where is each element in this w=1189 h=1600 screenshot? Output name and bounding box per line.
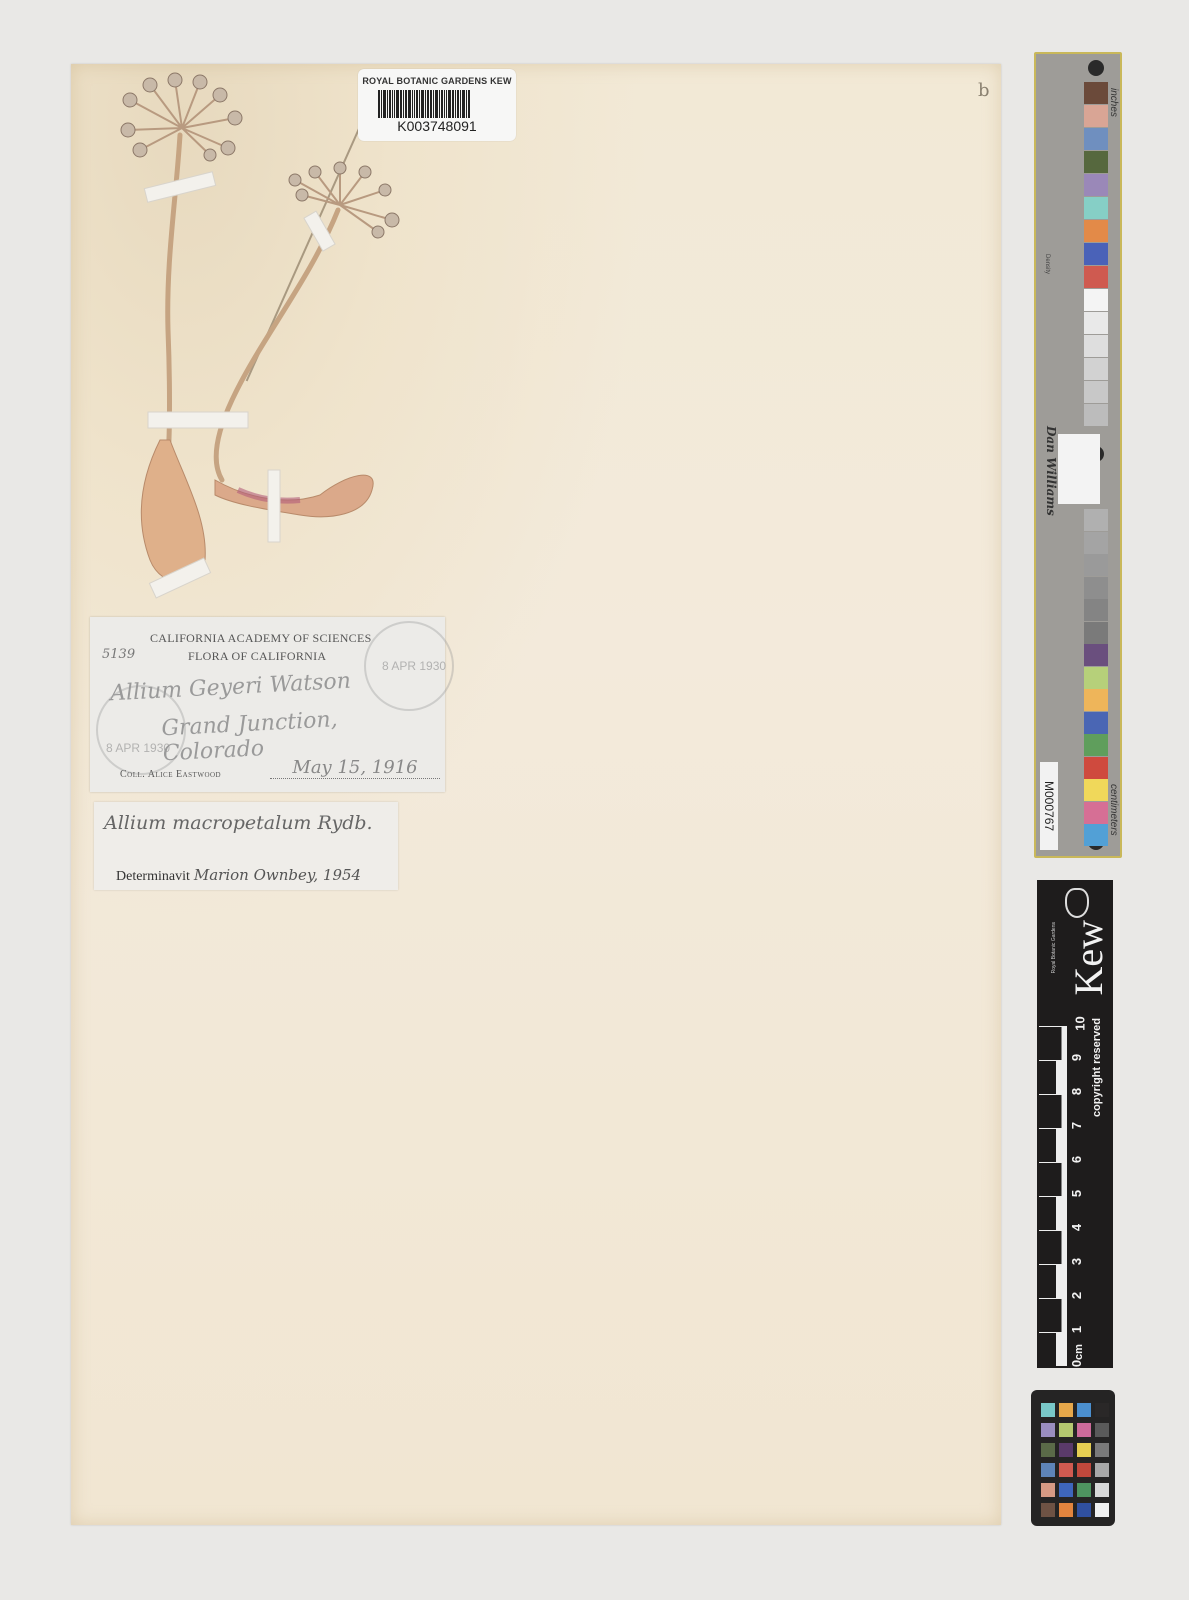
kew-subbrand: Royal Botanic Gardens [1051,922,1057,973]
color-card-swatch [1077,1503,1091,1517]
ruler-swatch [1084,824,1108,846]
ruler-swatch [1084,289,1108,311]
color-card-swatch [1059,1503,1073,1517]
color-card-swatch [1041,1503,1055,1517]
ruler-swatch [1084,174,1108,196]
color-card-swatch [1041,1463,1055,1477]
scale-segment [1039,1026,1067,1060]
ruler-swatch [1084,266,1108,288]
collection-number: 5139 [102,647,135,662]
ruler-swatch [1084,404,1108,426]
ruler-swatch [1084,220,1108,242]
barcode-number: K003748091 [358,118,516,134]
collector-name: Coll. Alice Eastwood [120,769,221,780]
color-card-swatch [1095,1443,1109,1457]
ruler-swatch [1084,335,1108,357]
barcode-label: ROYAL BOTANIC GARDENS KEW K003748091 [358,69,516,141]
scale-segment [1039,1332,1067,1366]
date-stamp-right: 8 APR 1930 [364,621,454,711]
ruler-swatch [1084,577,1108,599]
color-card-swatch [1077,1423,1091,1437]
color-card-swatch [1095,1503,1109,1517]
scale-number: 2 [1069,1292,1084,1299]
centimeters-label: centimeters [1108,784,1119,836]
color-card-swatch [1041,1423,1055,1437]
ruler-code: M000767 [1040,762,1058,850]
color-card-swatch [1041,1483,1055,1497]
color-card-swatch [1077,1483,1091,1497]
scale-number: 8 [1069,1088,1084,1095]
kew-crest-icon [1065,888,1089,918]
scale-segment [1039,1196,1067,1230]
ruler-swatch [1084,381,1108,403]
ruler-swatch [1084,734,1108,756]
collection-label: 8 APR 1930 8 APR 1930 CALIFORNIA ACADEMY… [90,617,445,792]
scale-segment [1039,1264,1067,1298]
scale-number: 9 [1069,1054,1084,1061]
ruler-swatch [1084,105,1108,127]
barcode-bars [378,90,496,118]
color-card-swatch [1059,1443,1073,1457]
determination-label: Allium macropetalum Rydb. DeterminavitMa… [94,802,398,890]
scale-number: 6 [1069,1156,1084,1163]
ruler-swatch [1084,532,1108,554]
label-header-flora: FLORA OF CALIFORNIA [188,649,326,664]
ruler-swatch [1084,689,1108,711]
color-card-swatch [1095,1463,1109,1477]
centimeter-scale [1039,1026,1067,1366]
ruler-hole-top [1088,60,1104,76]
color-card-swatch [1059,1483,1073,1497]
scale-segment [1039,1128,1067,1162]
scale-number: 5 [1069,1190,1084,1197]
color-card-swatch [1041,1403,1055,1417]
color-density-ruler: inches centimeters Density Dan Williams … [1034,52,1122,858]
color-card-swatch [1059,1463,1073,1477]
determiner-name: Marion Ownbey, 1954 [194,866,361,884]
ruler-brand: Dan Williams [1044,426,1058,516]
label-header-institution: CALIFORNIA ACADEMY OF SCIENCES [150,631,372,646]
ruler-swatch [1084,151,1108,173]
scale-number: 0 [1069,1360,1084,1367]
ruler-swatch [1084,358,1108,380]
density-label: Density [1044,254,1050,274]
color-card-swatch [1041,1443,1055,1457]
ruler-swatch [1084,509,1108,531]
color-card-swatch [1077,1443,1091,1457]
determinavit-prefix: Determinavit [116,869,190,884]
ruler-swatch [1084,243,1108,265]
scale-number: 7 [1069,1122,1084,1129]
handwritten-taxon: Allium Geyeri Watson [110,669,352,707]
ruler-swatch [1084,667,1108,689]
ruler-swatch [1084,128,1108,150]
color-card-swatch [1077,1463,1091,1477]
ruler-swatch [1084,757,1108,779]
scale-segment [1039,1230,1067,1264]
color-card-swatch [1059,1423,1073,1437]
color-card-swatch [1059,1403,1073,1417]
scale-segment [1039,1094,1067,1128]
collection-date: May 15, 1916 [270,757,440,779]
unit-label: cm [1073,1344,1085,1360]
scale-number: 4 [1069,1224,1084,1231]
color-card-grid [1041,1403,1109,1517]
ruler-swatch [1084,644,1108,666]
ruler-swatch [1084,554,1108,576]
kew-logo: Kew [1065,920,1112,996]
ruler-swatch [1084,712,1108,734]
kew-scale-bar: Kew Royal Botanic Gardens copyright rese… [1037,880,1113,1368]
ruler-swatch [1084,82,1108,104]
scale-number: 3 [1069,1258,1084,1265]
color-calibration-card [1031,1390,1115,1526]
ruler-swatch [1084,802,1108,824]
scale-segment [1039,1298,1067,1332]
gray-wedge [1058,434,1100,504]
institution-name: ROYAL BOTANIC GARDENS KEW [358,76,516,86]
determinavit-line: DeterminavitMarion Ownbey, 1954 [116,866,361,885]
ruler-swatch [1084,599,1108,621]
ruler-swatch [1084,779,1108,801]
color-card-swatch [1095,1483,1109,1497]
scale-number: 10 [1073,1016,1088,1030]
sheet-edge-shading [71,64,1001,1525]
corner-mark: b [978,80,990,101]
scale-segment [1039,1162,1067,1196]
scale-number: 1 [1069,1326,1084,1333]
copyright-text: copyright reserved [1091,1018,1103,1117]
herbarium-sheet [71,64,1001,1525]
ruler-swatch [1084,622,1108,644]
ruler-swatch [1084,312,1108,334]
color-card-swatch [1095,1423,1109,1437]
ruler-swatch [1084,197,1108,219]
scale-segment [1039,1060,1067,1094]
color-card-swatch [1095,1403,1109,1417]
determined-taxon: Allium macropetalum Rydb. [104,812,373,834]
inches-label: inches [1108,88,1119,117]
color-card-swatch [1077,1403,1091,1417]
